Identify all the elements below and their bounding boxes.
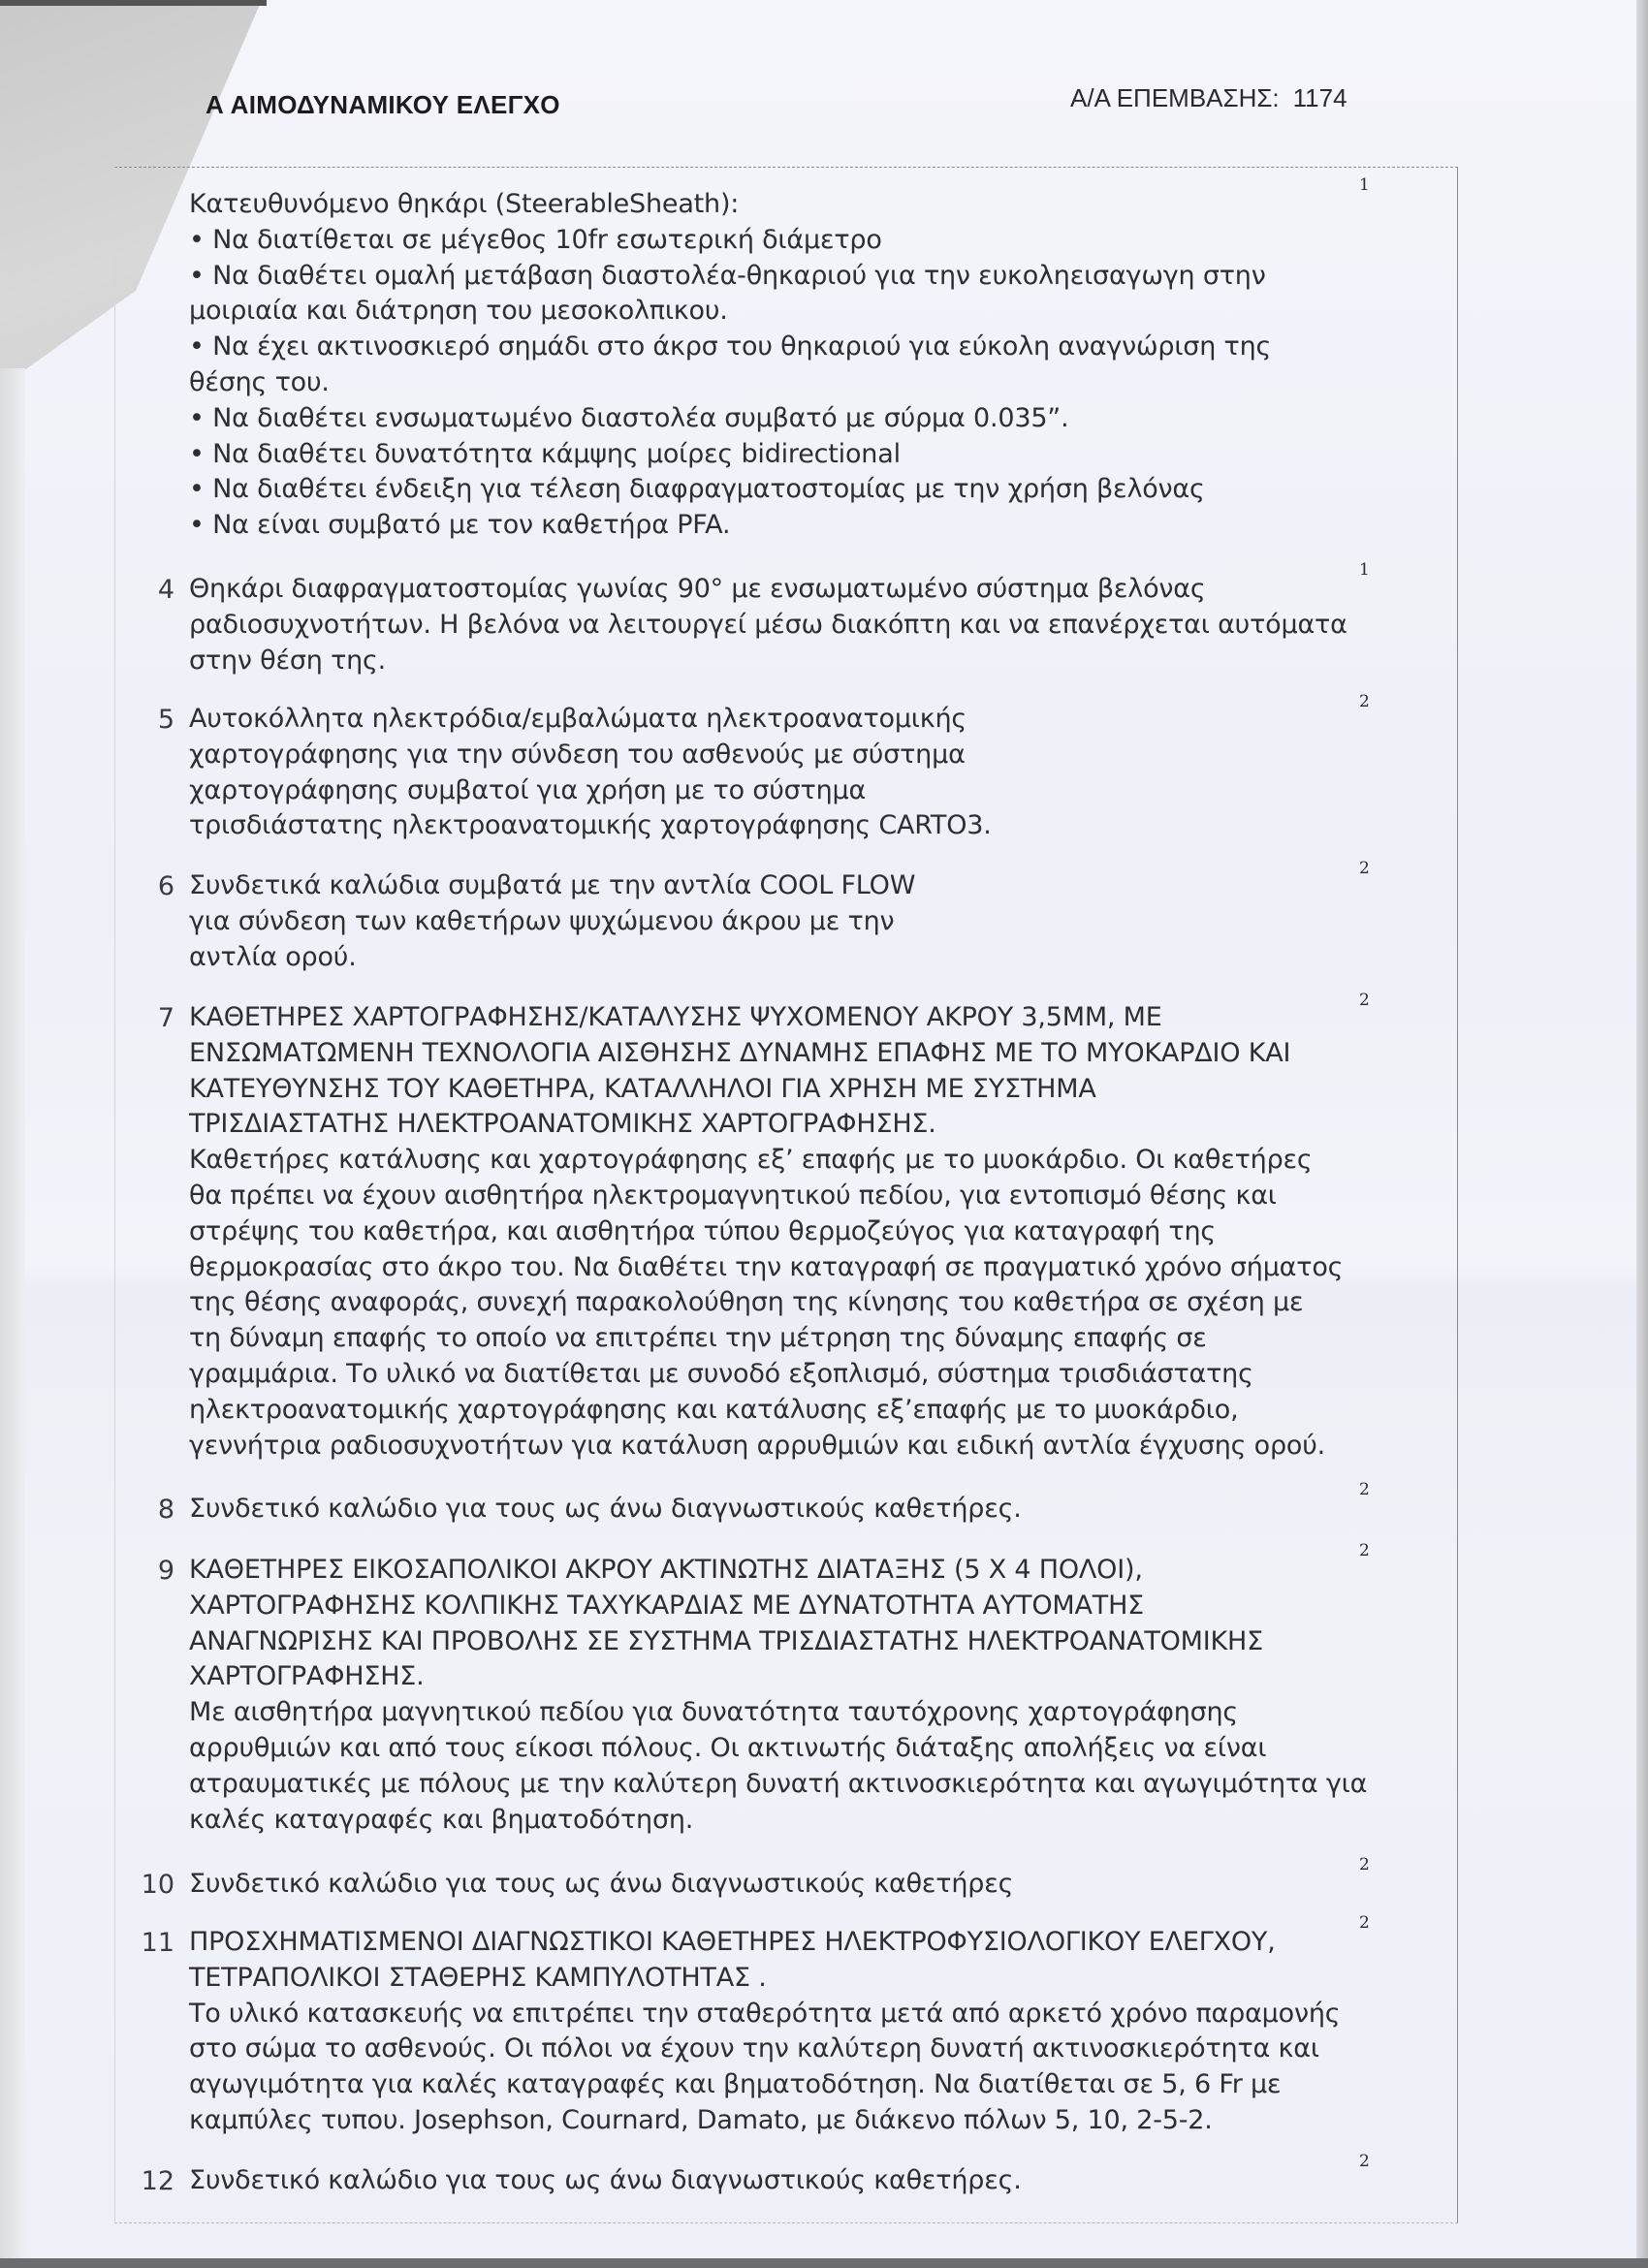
- description-line: της θέσης αναφοράς, συνεχή παρακολούθηση…: [189, 1285, 1352, 1321]
- description-line: ΧΑΡΤΟΓΡΑΦΗΣΗΣ ΚΟΛΠΙΚΗΣ ΤΑΧΥΚΑΡΔΙΑΣ ΜΕ ΔΥ…: [189, 1589, 1352, 1624]
- procedure-number-value: 1174: [1293, 83, 1347, 112]
- description-line: • Να έχει ακτινοσκιερό σημάδι στο άκρσ τ…: [189, 330, 1352, 365]
- item-quantity: 2: [1359, 1541, 1379, 1560]
- item-number: 9: [136, 1553, 174, 1589]
- item-quantity: 1: [1359, 560, 1379, 580]
- item-description: ΚΑΘΕΤΗΡΕΣ ΕΙΚΟΣΑΠΟΛΙΚΟΙ ΑΚΡΟΥ ΑΚΤΙΝΩΤΗΣ …: [189, 1553, 1352, 1838]
- item-number: 10: [136, 1867, 174, 1903]
- description-line: στην θέση της.: [189, 644, 1352, 679]
- description-line: τη δύναμη επαφής το οποίο να επιτρέπει τ…: [189, 1321, 1352, 1357]
- description-line: ατραυματικές με πόλους με την καλύτερη δ…: [189, 1767, 1352, 1803]
- item-number: 11: [136, 1925, 174, 1961]
- procedure-number-label: Α/Α ΕΠΕΜΒΑΣΗΣ:: [1070, 83, 1280, 112]
- description-line: ΕΝΣΩΜΑΤΩΜΕΝΗ ΤΕΧΝΟΛΟΓΙΑ ΑΙΣΘΗΣΗΣ ΔΥΝΑΜΗΣ…: [189, 1036, 1352, 1072]
- description-line: χαρτογράφησης συμβατοί για χρήση με το σ…: [189, 773, 1352, 809]
- description-line: Συνδετικό καλώδιο για τους ως άνω διαγνω…: [189, 2163, 1352, 2199]
- item-quantity: 1: [1359, 175, 1379, 195]
- description-line: ΠΡΟΣΧΗΜΑΤΙΣΜΕΝΟΙ ΔΙΑΓΝΩΣΤΙΚΟΙ ΚΑΘΕΤΗΡΕΣ …: [189, 1925, 1352, 1961]
- description-line: αντλία ορού.: [189, 940, 1352, 976]
- description-line: γεννήτρια ραδιοσυχνοτήτων για κατάλυση α…: [189, 1429, 1352, 1465]
- description-line: αρρυθμιών και από τους είκοσι πόλους. Οι…: [189, 1731, 1352, 1767]
- description-line: ΧΑΡΤΟΓΡΑΦΗΣΗΣ.: [189, 1659, 1352, 1695]
- description-line: Αυτοκόλλητα ηλεκτρόδια/εμβαλώματα ηλεκτρ…: [189, 702, 1352, 738]
- procedure-number-field: Α/Α ΕΠΕΜΒΑΣΗΣ:1174: [1070, 83, 1347, 113]
- item-description: Συνδετικό καλώδιο για τους ως άνω διαγνω…: [189, 1867, 1352, 1903]
- description-line: καλές καταγραφές και βηματοδότηση.: [189, 1803, 1352, 1839]
- document-title: Α ΑΙΜΟΔΥΝΑΜΙΚΟΥ ΕΛΕΓΧΟ: [206, 90, 560, 120]
- description-line: για σύνδεση των καθετήρων ψυχώμενου άκρο…: [189, 904, 1352, 940]
- page-edge-strip: [0, 368, 25, 2258]
- description-line: Με αισθητήρα μαγνητικού πεδίου για δυνατ…: [189, 1695, 1352, 1731]
- item-description: Συνδετικά καλώδια συμβατά με την αντλία …: [189, 868, 1352, 975]
- scan-edge: [0, 0, 267, 6]
- item-number: 7: [136, 1000, 174, 1036]
- page-right-edge: [1636, 0, 1648, 2268]
- item-description: ΠΡΟΣΧΗΜΑΤΙΣΜΕΝΟΙ ΔΙΑΓΝΩΣΤΙΚΟΙ ΚΑΘΕΤΗΡΕΣ …: [189, 1925, 1352, 2139]
- description-line: αγωγιμότητα για καλές καταγραφές και βημ…: [189, 2067, 1352, 2103]
- description-line: Κατευθυνόμενο θηκάρι (SteerableSheath):: [189, 187, 1352, 223]
- description-line: • Να διαθέτει δυνατότητα κάμψης μοίρες b…: [189, 437, 1352, 473]
- item-description: Συνδετικό καλώδιο για τους ως άνω διαγνω…: [189, 2163, 1352, 2199]
- item-number: 8: [136, 1492, 174, 1528]
- description-line: Συνδετικό καλώδιο για τους ως άνω διαγνω…: [189, 1867, 1352, 1903]
- description-line: Συνδετικό καλώδιο για τους ως άνω διαγνω…: [189, 1492, 1352, 1528]
- item-number: 6: [136, 868, 174, 904]
- description-line: ΚΑΘΕΤΗΡΕΣ ΕΙΚΟΣΑΠΟΛΙΚΟΙ ΑΚΡΟΥ ΑΚΤΙΝΩΤΗΣ …: [189, 1553, 1352, 1589]
- description-line: ΤΕΤΡΑΠΟΛΙΚΟΙ ΣΤΑΘΕΡΗΣ ΚΑΜΠΥΛΟΤΗΤΑΣ .: [189, 1961, 1352, 1997]
- description-line: γραμμάρια. Το υλικό να διατίθεται με συν…: [189, 1357, 1352, 1393]
- item-quantity: 2: [1359, 1480, 1379, 1499]
- description-line: θερμοκρασίας στο άκρο του. Να διαθέτει τ…: [189, 1250, 1352, 1286]
- description-line: • Να διαθέτει ενσωματωμένο διαστολέα συμ…: [189, 401, 1352, 437]
- item-quantity: 2: [1359, 1913, 1379, 1933]
- description-line: Θηκάρι διαφραγματοστομίας γωνίας 90° με …: [189, 572, 1352, 608]
- item-description: Κατευθυνόμενο θηκάρι (SteerableSheath):•…: [189, 187, 1352, 544]
- description-line: Καθετήρες κατάλυσης και χαρτογράφησης εξ…: [189, 1143, 1352, 1179]
- item-number: 12: [136, 2163, 174, 2199]
- item-description: Θηκάρι διαφραγματοστομίας γωνίας 90° με …: [189, 572, 1352, 678]
- item-description: Αυτοκόλλητα ηλεκτρόδια/εμβαλώματα ηλεκτρ…: [189, 702, 1352, 844]
- page-bottom-edge: [0, 2258, 1648, 2268]
- item-number: 5: [136, 702, 174, 738]
- description-line: μοιριαία και διάτρηση του μεσοκολπικου.: [189, 294, 1352, 330]
- description-line: τρισδιάστατης ηλεκτροανατομικής χαρτογρά…: [189, 808, 1352, 844]
- description-line: θα πρέπει να έχουν αισθητήρα ηλεκτρομαγν…: [189, 1179, 1352, 1214]
- item-description: ΚΑΘΕΤΗΡΕΣ ΧΑΡΤΟΓΡΑΦΗΣΗΣ/ΚΑΤΑΛΥΣΗΣ ΨΥΧΟΜΕ…: [189, 1000, 1352, 1464]
- description-line: Συνδετικά καλώδια συμβατά με την αντλία …: [189, 868, 1352, 904]
- item-quantity: 2: [1359, 692, 1379, 711]
- item-description: Συνδετικό καλώδιο για τους ως άνω διαγνω…: [189, 1492, 1352, 1528]
- description-line: στρέψης του καθετήρα, και αισθητήρα τύπο…: [189, 1214, 1352, 1250]
- item-quantity: 2: [1359, 991, 1379, 1010]
- description-line: στο σώμα το ασθενούς. Οι πόλοι να έχουν …: [189, 2032, 1352, 2067]
- description-line: ΚΑΘΕΤΗΡΕΣ ΧΑΡΤΟΓΡΑΦΗΣΗΣ/ΚΑΤΑΛΥΣΗΣ ΨΥΧΟΜΕ…: [189, 1000, 1352, 1036]
- description-line: ΚΑΤΕΥΘΥΝΣΗΣ ΤΟΥ ΚΑΘΕΤΗΡΑ, ΚΑΤΑΛΛΗΛΟΙ ΓΙΑ…: [189, 1072, 1352, 1108]
- description-line: • Να είναι συμβατό με τον καθετήρα PFA.: [189, 508, 1352, 544]
- description-line: χαρτογράφησης για την σύνδεση του ασθενο…: [189, 738, 1352, 773]
- description-line: ηλεκτροανατομικής χαρτογράφησης και κατά…: [189, 1393, 1352, 1429]
- description-line: ραδιοσυχνοτήτων. Η βελόνα να λειτουργεί …: [189, 608, 1352, 644]
- item-quantity: 2: [1359, 859, 1379, 878]
- description-line: • Να διαθέτει ένδειξη για τέλεση διαφραγ…: [189, 472, 1352, 508]
- description-line: θέσης του.: [189, 365, 1352, 401]
- description-line: ΤΡΙΣΔΙΑΣΤΑΤΗΣ ΗΛΕΚΤΡΟΑΝΑΤΟΜΙΚΗΣ ΧΑΡΤΟΓΡΑ…: [189, 1107, 1352, 1143]
- description-line: • Να διαθέτει ομαλή μετάβαση διαστολέα-θ…: [189, 259, 1352, 295]
- description-line: καμπύλες τυπου. Josephson, Cournard, Dam…: [189, 2103, 1352, 2139]
- item-quantity: 2: [1359, 2152, 1379, 2171]
- description-line: ΑΝΑΓΝΩΡΙΣΗΣ ΚΑΙ ΠΡΟΒΟΛΗΣ ΣΕ ΣΥΣΤΗΜΑ ΤΡΙΣ…: [189, 1624, 1352, 1660]
- item-quantity: 2: [1359, 1855, 1379, 1874]
- description-line: Το υλικό κατασκευής να επιτρέπει την στα…: [189, 1997, 1352, 2032]
- item-number: 4: [136, 572, 174, 608]
- description-line: • Να διατίθεται σε μέγεθος 10fr εσωτερικ…: [189, 223, 1352, 259]
